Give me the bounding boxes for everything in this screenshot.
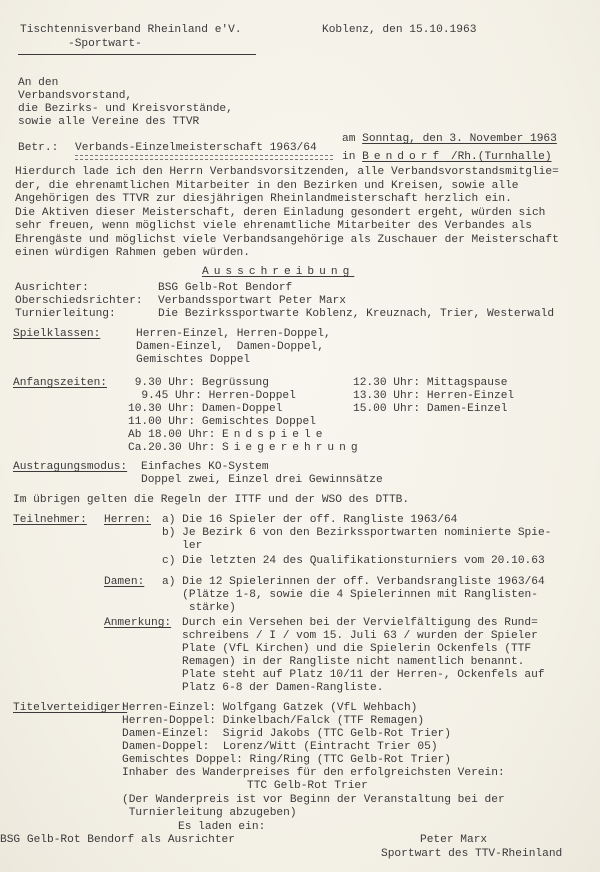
intro-line: der, die ehrenamtlichen Mitarbeiter in d…: [15, 180, 519, 193]
titelverteidiger-label: Titelverteidiger:: [13, 702, 127, 715]
intro-line: Angehörigen des TTVR zur diesjährigen Rh…: [15, 193, 512, 206]
ausrichter-label: Ausrichter:: [15, 282, 89, 295]
turnierleitung-label: Turnierleitung:: [15, 308, 116, 321]
anmerkung-line: Plate (VfL Kirchen) und die Spielerin Oc…: [182, 643, 531, 656]
closing-invite: Es laden ein:: [178, 821, 265, 834]
wanderpreis-hinweis: (Der Wanderpreis ist vor Beginn der Vera…: [122, 794, 505, 807]
oberschiedsrichter-value: Verbandssportwart Peter Marx: [158, 295, 346, 308]
anmerkung-line: schreibens / I / vom 15. Juli 63 / wurde…: [182, 630, 538, 643]
recipient-line: die Bezirks- und Kreisvorstände,: [18, 103, 233, 116]
intro-line: Ehrengäste und möglichst viele Verbandsa…: [15, 234, 559, 247]
titel-line: Herren-Einzel: Wolfgang Gatzek (VfL Wehb…: [122, 702, 417, 715]
herren-line: c) Die letzten 24 des Qualifikationsturn…: [162, 555, 545, 568]
herren-label: Herren:: [104, 514, 151, 527]
zeit-left: 10.30 Uhr: Damen-Doppel: [128, 403, 282, 416]
herren-line: a) Die 16 Spieler der off. Rangliste 196…: [162, 514, 457, 527]
zeit-left: 9.30 Uhr: Begrüssung: [128, 377, 269, 390]
damen-label: Damen:: [104, 576, 144, 589]
zeit-right: 13.30 Uhr: Herren-Einzel: [353, 390, 514, 403]
date-value: Sonntag, den 3. November 1963: [362, 133, 557, 145]
zeit-left: 11.00 Uhr: Gemischtes Doppel: [128, 416, 316, 429]
damen-line: a) Die 12 Spielerinnen der off. Verbands…: [162, 576, 545, 589]
anmerkung-line: Platz 6-8 der Damen-Rangliste.: [182, 682, 383, 695]
modus-label: Austragungsmodus:: [13, 461, 127, 474]
titel-line: Inhaber des Wanderpreises für den erfolg…: [122, 767, 505, 780]
endspiele-line: Ab 18.00 Uhr: Endspiele: [128, 429, 327, 442]
anmerkung-line: Plate steht auf Platz 10/11 der Herren-,…: [182, 669, 545, 682]
zeit-left: 9.45 Uhr: Herren-Doppel: [128, 390, 296, 403]
intro-line: Hierdurch lade ich den Herrn Verbandsvor…: [15, 166, 559, 179]
siegerehrung-text: Siegerehrung: [222, 442, 363, 454]
closing-ausrichter: BSG Gelb-Rot Bendorf als Ausrichter: [0, 834, 235, 847]
endspiele-text: Endspiele: [222, 429, 327, 441]
siegerehrung-time: Ca.20.30 Uhr:: [128, 442, 222, 454]
titel-line: Damen-Einzel: Sigrid Jakobs (TTC Gelb-Ro…: [122, 728, 451, 741]
modus-line: Einfaches KO-System: [141, 461, 269, 474]
zeit-right: 12.30 Uhr: Mittagspause: [353, 377, 507, 390]
org-name: Tischtennisverband Rheinland e'V.: [20, 24, 242, 37]
signatory-title: Sportwart des TTV-Rheinland: [381, 848, 562, 861]
siegerehrung-line: Ca.20.30 Uhr: Siegerehrung: [128, 442, 363, 455]
oberschiedsrichter-label: Oberschiedsrichter:: [15, 295, 143, 308]
endspiele-time: Ab 18.00 Uhr:: [128, 429, 222, 441]
intro-line: sehr freuen, wenn möglichst viele ehrena…: [15, 220, 532, 233]
teilnehmer-label: Teilnehmer:: [13, 514, 87, 527]
intro-line: einen würdigen Rahmen geben würden.: [15, 247, 250, 260]
anfangszeiten-label: Anfangszeiten:: [13, 377, 107, 390]
regeln-text: Im übrigen gelten die Regeln der ITTF un…: [13, 494, 409, 507]
event-date: am Sonntag, den 3. November 1963: [342, 133, 557, 146]
spielklasse-line: Gemischtes Doppel: [136, 354, 250, 367]
spielklassen-label: Spielklassen:: [13, 328, 100, 341]
spielklasse-line: Herren-Einzel, Herren-Doppel,: [136, 328, 331, 341]
damen-line: stärke): [162, 602, 236, 615]
place-date: Koblenz, den 15.10.1963: [322, 24, 476, 37]
intro-line: Die Aktiven dieser Meisterschaft, deren …: [15, 207, 545, 220]
recipient-line: Verbandsvorstand,: [18, 90, 132, 103]
titel-line: Gemischtes Doppel: Ring/Ring (TTC Gelb-R…: [122, 754, 451, 767]
titel-line: Herren-Doppel: Dinkelbach/Falck (TTF Rem…: [122, 715, 424, 728]
spielklasse-line: Damen-Einzel, Damen-Doppel,: [136, 341, 324, 354]
herren-line: ler: [162, 540, 202, 553]
letter-page: Tischtennisverband Rheinland e'V. -Sport…: [0, 0, 600, 872]
anmerkung-label: Anmerkung:: [104, 617, 171, 630]
turnierleitung-value: Die Bezirkssportwarte Koblenz, Kreuznach…: [158, 308, 554, 321]
place-city: Bendorf: [362, 151, 444, 163]
signatory-name: Peter Marx: [420, 834, 487, 847]
subject-title: Verbands-Einzelmeisterschaft 1963/64: [75, 142, 317, 155]
subject-label: Betr.:: [18, 142, 58, 155]
recipient-line: An den: [18, 77, 58, 90]
place-venue: /Rh.(Turnhalle): [444, 151, 551, 163]
damen-line: (Plätze 1-8, sowie die 4 Spielerinnen mi…: [162, 589, 538, 602]
modus-line: Doppel zwei, Einzel drei Gewinnsätze: [141, 474, 383, 487]
zeit-right: 15.00 Uhr: Damen-Einzel: [353, 403, 507, 416]
section-heading: Ausschreibung: [202, 266, 354, 279]
wanderpreis-verein: TTC Gelb-Rot Trier: [247, 780, 368, 793]
date-prefix: am: [342, 133, 362, 145]
recipient-line: sowie alle Vereine des TTVR: [18, 116, 199, 129]
org-department: -Sportwart-: [68, 38, 142, 51]
event-place: in Bendorf /Rh.(Turnhalle): [342, 151, 552, 164]
place-prefix: in: [342, 151, 362, 163]
herren-line: b) Je Bezirk 6 von den Bezirkssportwarte…: [162, 527, 551, 540]
titel-line: Damen-Doppel: Lorenz/Witt (Eintracht Tri…: [122, 741, 438, 754]
letterhead-rule: [18, 54, 256, 55]
anmerkung-line: Durch ein Versehen bei der Vervielfältig…: [182, 617, 538, 630]
anmerkung-line: Remagen) in der Rangliste nicht namentli…: [182, 656, 524, 669]
ausrichter-value: BSG Gelb-Rot Bendorf: [158, 282, 292, 295]
subject-double-rule: [75, 155, 333, 160]
wanderpreis-hinweis: Turnierleitung abzugeben): [122, 807, 297, 820]
